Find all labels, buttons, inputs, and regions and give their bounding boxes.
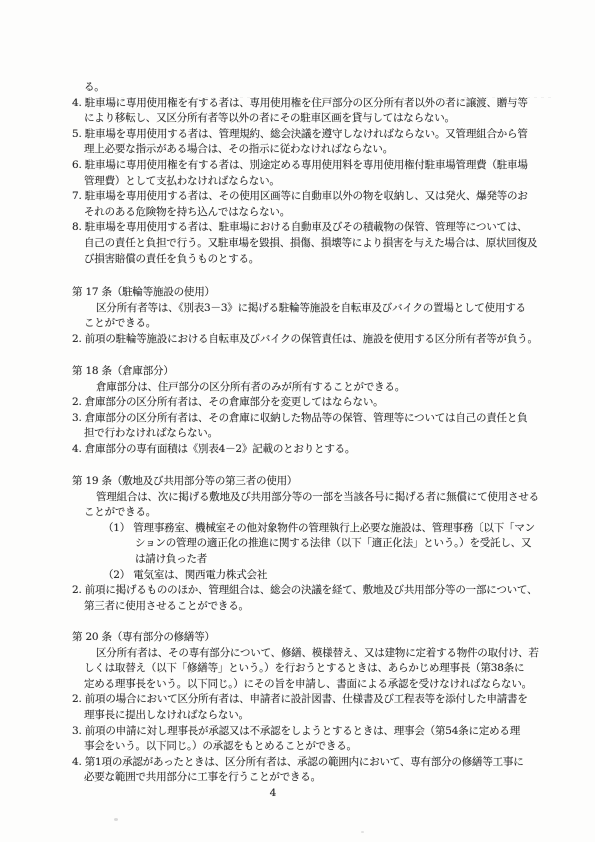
- text-line: 8. 駐車場を専用使用する者は、駐車場における自動車及びその積載物の保管、管理等…: [0, 220, 595, 236]
- text-line: 2. 前項に掲げるもののほか、管理組合は、総会の決議を経て、敷地及び共用部分等の…: [0, 583, 595, 599]
- text-line: ことができる。: [0, 505, 595, 521]
- text-line: 理事長に提出しなければならない。: [0, 708, 595, 724]
- text-line: 管理費）として支払わなければならない。: [0, 174, 595, 190]
- text-line: 4. 倉庫部分の専有面積は《別表4－2》記載のとおりとする。: [0, 442, 595, 458]
- article-17-bicycle-facilities: 第 17 条（駐輪等施設の使用）区分所有者等は、《別表3－3》に掲げる駐輪等施設…: [0, 285, 595, 347]
- text-line: 自己の責任と負担で行う。又駐車場を毀損、損傷、損壊等により損害を与えた場合は、原…: [0, 236, 595, 252]
- scan-speck: [114, 818, 118, 821]
- text-line: ションの管理の適正化の推進に関する法律（以下「適正化法」という。）を受託し、又: [0, 536, 595, 552]
- text-line: 必要な範囲で共用部分に工事を行うことができる。: [0, 770, 595, 786]
- document-body: る。4. 駐車場に専用使用権を有する者は、専用使用権を住戸部分の区分所有者以外の…: [0, 0, 595, 842]
- text-line: 第 19 条（敷地及び共用部分等の第三者の使用）: [0, 474, 595, 490]
- text-line: により移転し、又区分所有者等以外の者にその駐車区画を貸与してはならない。: [0, 111, 595, 127]
- text-line: 理上必要な指示がある場合は、その指示に従わなければならない。: [0, 142, 595, 158]
- text-line: 第 20 条（専有部分の修繕等）: [0, 630, 595, 646]
- text-line: 第三者に使用させることができる。: [0, 599, 595, 615]
- article-18-warehouse-section: 第 18 条（倉庫部分）倉庫部分は、住戸部分の区分所有者のみが所有することができ…: [0, 364, 595, 458]
- text-line: 定める理事長をいう。以下同じ。）にその旨を申請し、書面による承認を受けなければな…: [0, 677, 595, 693]
- text-line: それのある危険物を持ち込んではならない。: [0, 205, 595, 221]
- text-line: 倉庫部分は、住戸部分の区分所有者のみが所有することができる。: [0, 380, 595, 396]
- text-line: 6. 駐車場に専用使用権を有する者は、別途定める専用使用料を専用使用権付駐車場管…: [0, 158, 595, 174]
- article-20-repairs-of-exclusive-sections: 第 20 条（専有部分の修繕等）区分所有者は、その専有部分について、修繕、模様替…: [0, 630, 595, 786]
- text-line: （1） 管理事務室、機械室その他対象物件の管理執行上必要な施設は、管理事務〔以下…: [0, 521, 595, 537]
- article-19-third-party-use: 第 19 条（敷地及び共用部分等の第三者の使用）管理組合は、次に掲げる敷地及び共…: [0, 474, 595, 614]
- text-line: 4. 駐車場に専用使用権を有する者は、専用使用権を住戸部分の区分所有者以外の者に…: [0, 96, 595, 112]
- text-line: ことができる。: [0, 316, 595, 332]
- text-line: は請け負った者: [0, 552, 595, 568]
- text-line: 2. 前項の場合において区分所有者は、申請者に設計図書、仕様書及び工程表等を添付…: [0, 692, 595, 708]
- text-line: 4. 第1項の承認があったときは、区分所有者は、承認の範囲内において、専有部分の…: [0, 755, 595, 771]
- text-line: 7. 駐車場を専用使用する者は、その使用区画等に自動車以外の物を収納し、又は発火…: [0, 189, 595, 205]
- text-line: 区分所有者等は、《別表3－3》に掲げる駐輪等施設を自転車及びバイクの置場として使…: [0, 301, 595, 317]
- article-16-parking-items-continuation: る。4. 駐車場に専用使用権を有する者は、専用使用権を住戸部分の区分所有者以外の…: [0, 80, 595, 267]
- scanned-document-page: る。4. 駐車場に専用使用権を有する者は、専用使用権を住戸部分の区分所有者以外の…: [0, 0, 595, 842]
- text-line: る。: [0, 80, 595, 96]
- scan-speck: [361, 831, 364, 833]
- text-line: 3. 倉庫部分の区分所有者は、その倉庫に収納した物品等の保管、管理等については自…: [0, 411, 595, 427]
- text-line: び損害賠償の責任を負うものとする。: [0, 252, 595, 268]
- text-line: 5. 駐車場を専用使用する者は、管理規約、総会決議を遵守しなければならない。又管…: [0, 127, 595, 143]
- text-line: 2. 前項の駐輪等施設における自転車及びバイクの保管責任は、施設を使用する区分所…: [0, 332, 595, 348]
- text-line: 2. 倉庫部分の区分所有者は、その倉庫部分を変更してはならない。: [0, 395, 595, 411]
- page-number: 4: [72, 786, 474, 801]
- text-line: 管理組合は、次に掲げる敷地及び共用部分等の一部を当該各号に掲げる者に無償にて使用…: [0, 490, 595, 506]
- text-line: 事会をいう。以下同じ。）の承認をもとめることができる。: [0, 739, 595, 755]
- text-line: 第 18 条（倉庫部分）: [0, 364, 595, 380]
- text-line: 区分所有者は、その専有部分について、修繕、模様替え、又は建物に定着する物件の取付…: [0, 646, 595, 662]
- text-line: 担で行わなければならない。: [0, 426, 595, 442]
- text-line: しくは取替え（以下「修繕等」という。）を行おうとするときは、あらかじめ理事長（第…: [0, 661, 595, 677]
- text-line: （2） 電気室は、関西電力株式会社: [0, 568, 595, 584]
- text-line: 3. 前項の申請に対し理事長が承認又は不承認をしようとするときは、理事会（第54…: [0, 724, 595, 740]
- text-line: 第 17 条（駐輪等施設の使用）: [0, 285, 595, 301]
